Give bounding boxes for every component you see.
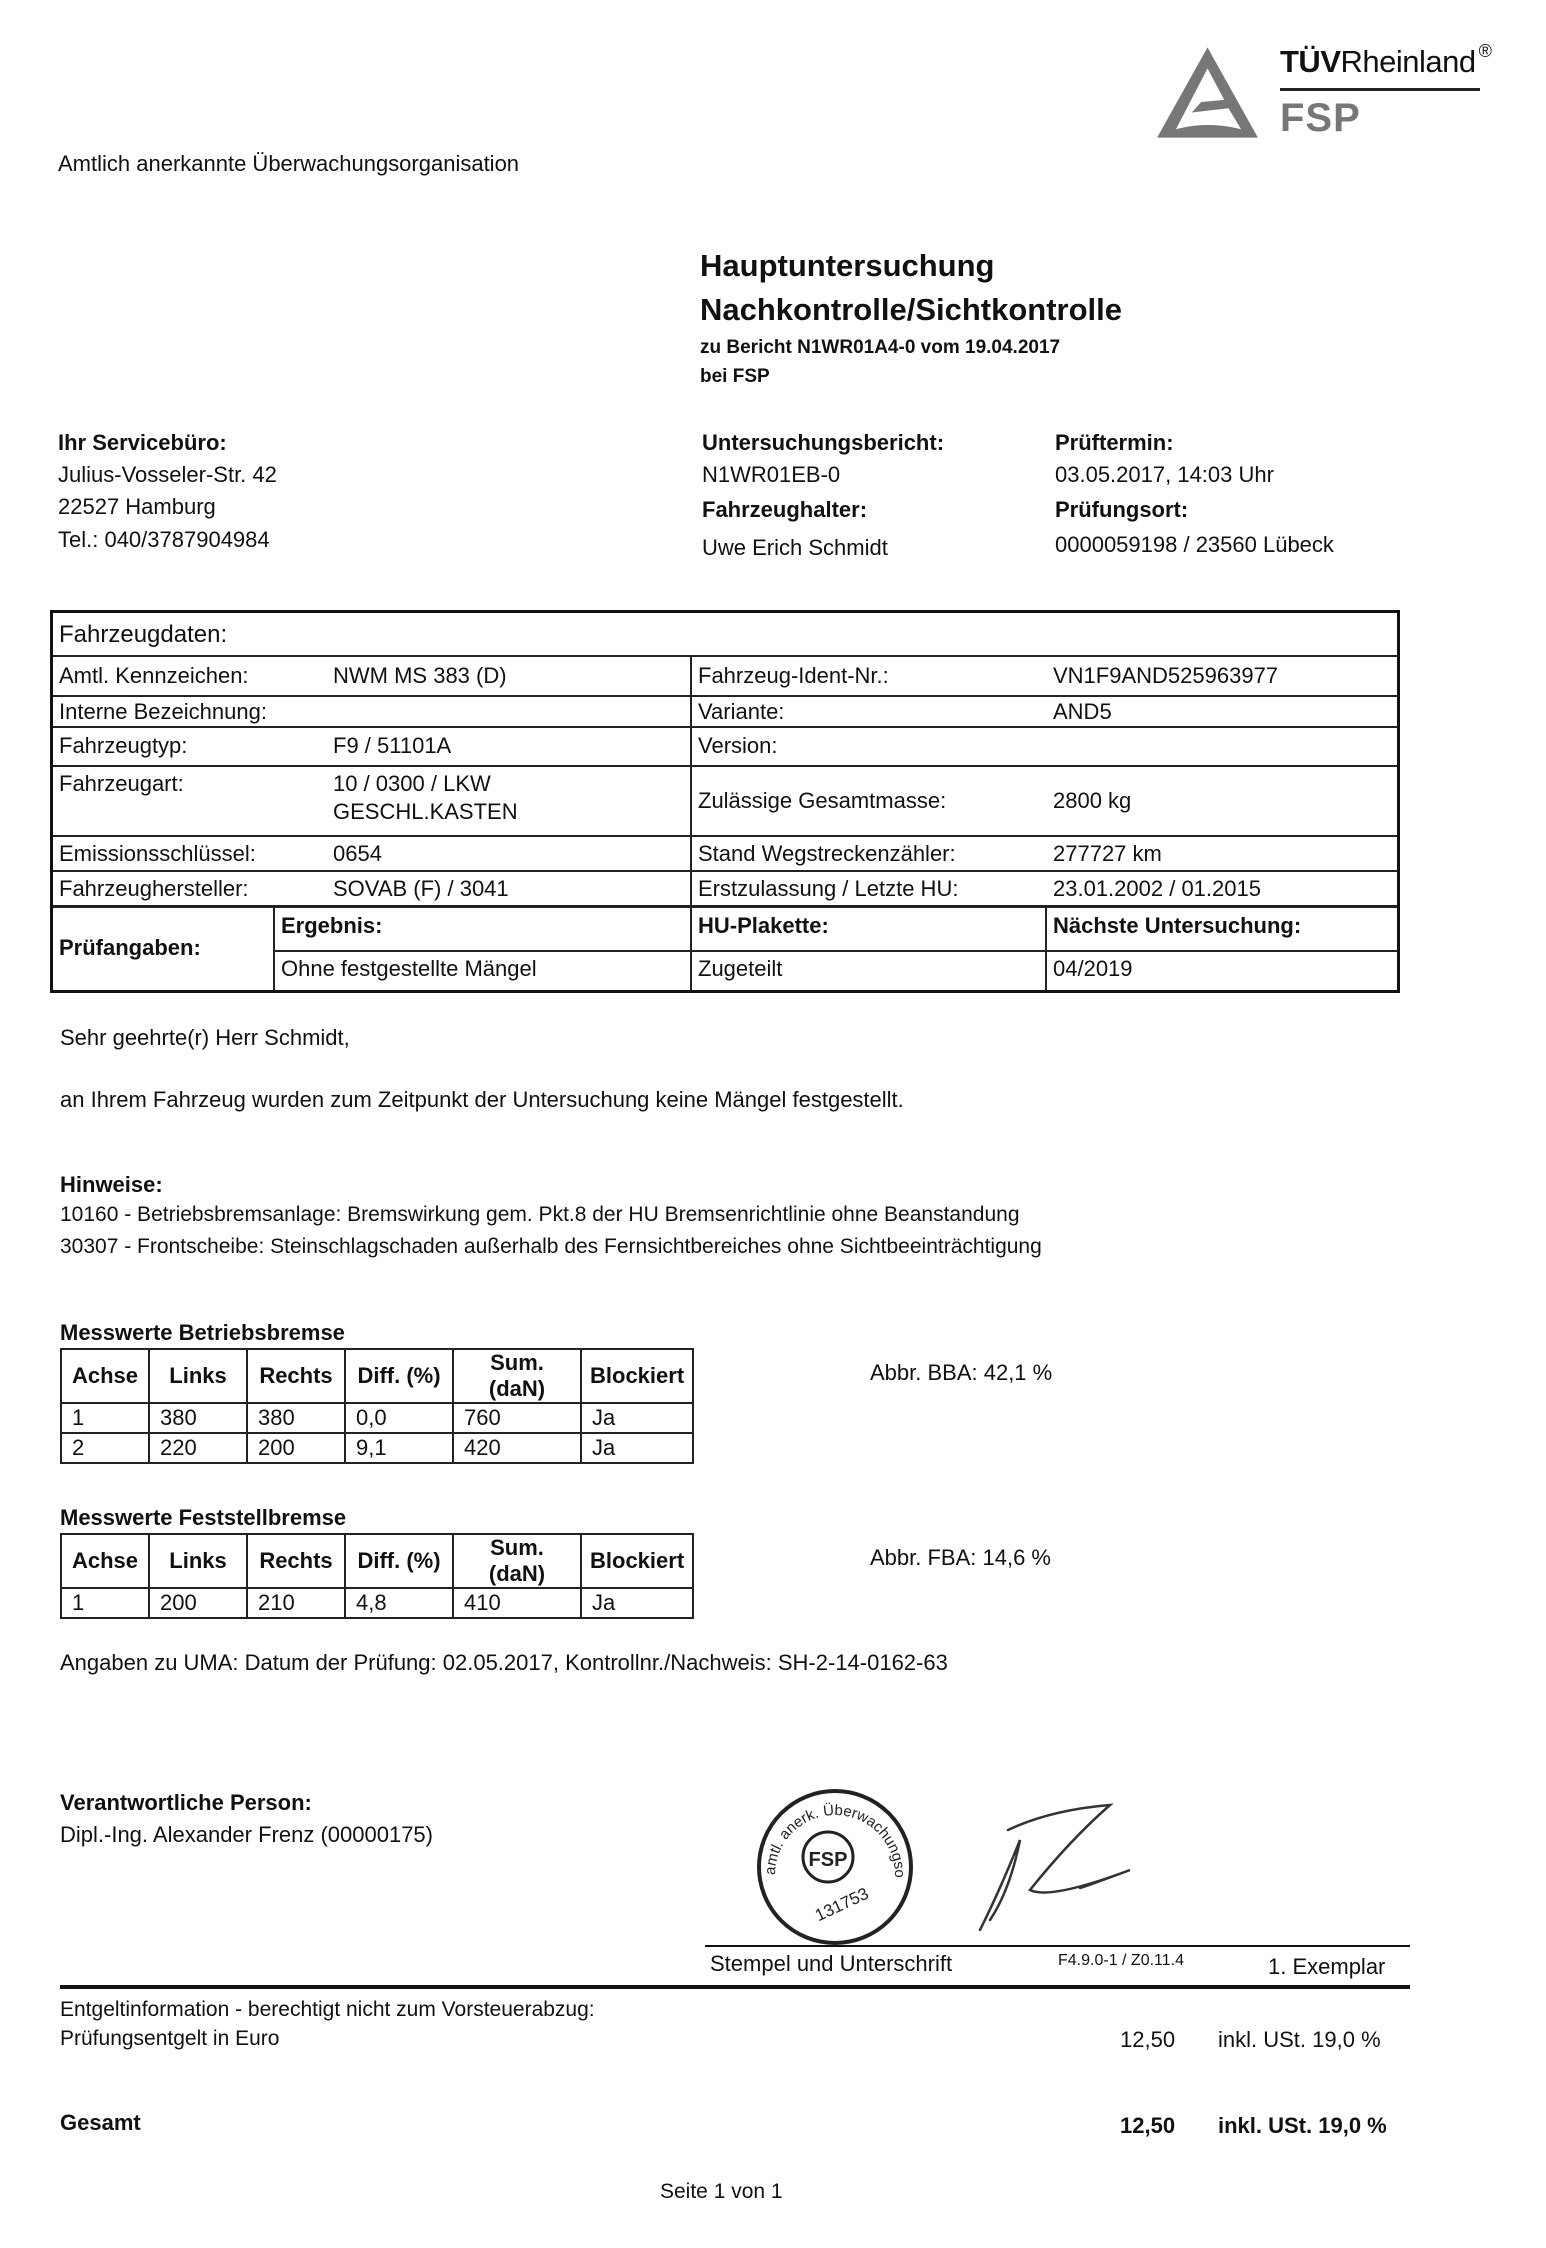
manufacturer-label: Fahrzeughersteller: — [59, 876, 249, 902]
service-office-phone: Tel.: 040/3787904984 — [58, 527, 270, 553]
parking-brake-title: Messwerte Feststellbremse — [60, 1505, 346, 1531]
letter-body: an Ihrem Fahrzeug wurden zum Zeitpunkt d… — [60, 1087, 904, 1113]
report-reference-at: bei FSP — [700, 366, 770, 388]
total-label: Gesamt — [60, 2110, 141, 2136]
note-item: 10160 - Betriebsbremsanlage: Bremswirkun… — [60, 1203, 1020, 1227]
table-row: 12002104,8410Ja — [61, 1588, 693, 1618]
notes-label: Hinweise: — [60, 1172, 163, 1198]
vehicle-holder-label: Fahrzeughalter: — [702, 497, 867, 523]
column-header: Diff. (%) — [345, 1534, 453, 1588]
table-cell: 4,8 — [345, 1588, 453, 1618]
table-cell: Ja — [581, 1588, 693, 1618]
fee-line-label: Prüfungsentgelt in Euro — [60, 2027, 279, 2051]
variant-label: Variante: — [698, 699, 784, 725]
vehicle-kind-value: 10 / 0300 / LKW — [333, 771, 491, 797]
parking-brake-table: AchseLinksRechtsDiff. (%)Sum. (daN)Block… — [60, 1533, 694, 1619]
gross-weight-label: Zulässige Gesamtmasse: — [698, 788, 946, 814]
parking-brake-deceleration: Abbr. FBA: 14,6 % — [870, 1545, 1051, 1571]
form-code: F4.9.0-1 / Z0.11.4 — [1058, 1952, 1184, 1970]
plate-value: NWM MS 383 (D) — [333, 663, 507, 689]
version-label: Version: — [698, 733, 778, 759]
service-office-label: Ihr Servicebüro: — [58, 430, 227, 456]
table-cell: 380 — [247, 1403, 345, 1433]
column-header: Diff. (%) — [345, 1349, 453, 1403]
table-cell: 2 — [61, 1433, 149, 1463]
table-cell: 760 — [453, 1403, 581, 1433]
table-cell: 210 — [247, 1588, 345, 1618]
uma-info: Angaben zu UMA: Datum der Prüfung: 02.05… — [60, 1650, 948, 1676]
document-title: Hauptuntersuchung — [700, 248, 995, 284]
inspection-place-value: 0000059198 / 23560 Lübeck — [1055, 532, 1334, 558]
total-amount: 12,50 — [1120, 2113, 1175, 2139]
table-cell: 200 — [149, 1588, 247, 1618]
vehicle-data-table: Fahrzeugdaten: Amtl. Kennzeichen: NWM MS… — [50, 610, 1400, 993]
manufacturer-value: SOVAB (F) / 3041 — [333, 876, 509, 902]
gross-weight-value: 2800 kg — [1053, 788, 1131, 814]
organisation-line: Amtlich anerkannte Überwachungsorganisat… — [58, 151, 519, 177]
report-number-label: Untersuchungsbericht: — [702, 430, 944, 456]
note-item: 30307 - Frontscheibe: Steinschlagschaden… — [60, 1235, 1042, 1259]
signature-icon — [960, 1800, 1180, 1940]
emission-key-value: 0654 — [333, 841, 382, 867]
column-header: Links — [149, 1349, 247, 1403]
fee-divider — [60, 1985, 1410, 1989]
column-header: Achse — [61, 1349, 149, 1403]
vehicle-data-title: Fahrzeugdaten: — [59, 621, 227, 649]
table-cell: 0,0 — [345, 1403, 453, 1433]
vehicle-holder-value: Uwe Erich Schmidt — [702, 535, 888, 561]
stamp-signature-caption: Stempel und Unterschrift — [710, 1951, 952, 1977]
column-header: Sum. (daN) — [453, 1534, 581, 1588]
column-header: Sum. (daN) — [453, 1349, 581, 1403]
column-header: Achse — [61, 1534, 149, 1588]
report-number-value: N1WR01EB-0 — [702, 462, 840, 488]
copy-label: 1. Exemplar — [1268, 1954, 1385, 1980]
fee-info: Entgeltinformation - berechtigt nicht zu… — [60, 1998, 595, 2022]
svg-text:FSP: FSP — [809, 1849, 848, 1871]
table-cell: 220 — [149, 1433, 247, 1463]
odometer-value: 277727 km — [1053, 841, 1162, 867]
result-value: Ohne festgestellte Mängel — [281, 956, 537, 982]
column-header: Blockiert — [581, 1349, 693, 1403]
page-number: Seite 1 von 1 — [660, 2180, 783, 2204]
logo-divider — [1280, 88, 1480, 91]
vin-label: Fahrzeug-Ident-Nr.: — [698, 663, 889, 689]
registration-last-hu-label: Erstzulassung / Letzte HU: — [698, 876, 958, 902]
vehicle-type-label: Fahrzeugtyp: — [59, 733, 187, 759]
result-label: Ergebnis: — [281, 913, 382, 939]
column-header: Rechts — [247, 1534, 345, 1588]
table-row: 22202009,1420Ja — [61, 1433, 693, 1463]
responsible-label: Verantwortliche Person: — [60, 1790, 312, 1816]
table-cell: 200 — [247, 1433, 345, 1463]
service-brake-deceleration: Abbr. BBA: 42,1 % — [870, 1360, 1052, 1386]
hu-sticker-label: HU-Plakette: — [698, 913, 829, 939]
tuv-rheinland-fsp-logo: TÜVRheinland® FSP — [1150, 40, 1530, 150]
responsible-name: Dipl.-Ing. Alexander Frenz (00000175) — [60, 1822, 433, 1848]
plate-label: Amtl. Kennzeichen: — [59, 663, 249, 689]
service-brake-title: Messwerte Betriebsbremse — [60, 1320, 345, 1346]
table-cell: 1 — [61, 1403, 149, 1433]
internal-designation-label: Interne Bezeichnung: — [59, 699, 267, 725]
service-office-city: 22527 Hamburg — [58, 494, 216, 520]
inspection-place-label: Prüfungsort: — [1055, 497, 1188, 523]
signature-line — [705, 1945, 1410, 1947]
column-header: Blockiert — [581, 1534, 693, 1588]
vehicle-type-value: F9 / 51101A — [333, 733, 451, 759]
next-inspection-value: 04/2019 — [1053, 956, 1133, 982]
svg-text:131753: 131753 — [812, 1884, 871, 1925]
table-cell: 420 — [453, 1433, 581, 1463]
odometer-label: Stand Wegstreckenzähler: — [698, 841, 956, 867]
fee-line-tax: inkl. USt. 19,0 % — [1218, 2027, 1381, 2053]
inspection-date-value: 03.05.2017, 14:03 Uhr — [1055, 462, 1274, 488]
vin-value: VN1F9AND525963977 — [1053, 663, 1278, 689]
fee-line-amount: 12,50 — [1120, 2027, 1175, 2053]
test-details-label: Prüfangaben: — [59, 935, 201, 961]
emission-key-label: Emissionsschlüssel: — [59, 841, 256, 867]
service-brake-table: AchseLinksRechtsDiff. (%)Sum. (daN)Block… — [60, 1348, 694, 1464]
salutation: Sehr geehrte(r) Herr Schmidt, — [60, 1025, 350, 1051]
logo-brand: TÜVRheinland® — [1280, 44, 1491, 80]
table-cell: 1 — [61, 1588, 149, 1618]
document-subtitle: Nachkontrolle/Sichtkontrolle — [700, 292, 1122, 328]
column-header: Links — [149, 1534, 247, 1588]
table-cell: 380 — [149, 1403, 247, 1433]
inspection-date-label: Prüftermin: — [1055, 430, 1174, 456]
logo-fsp: FSP — [1280, 96, 1361, 141]
table-row: 13803800,0760Ja — [61, 1403, 693, 1433]
service-office-street: Julius-Vosseler-Str. 42 — [58, 462, 277, 488]
table-cell: 9,1 — [345, 1433, 453, 1463]
report-reference: zu Bericht N1WR01A4-0 vom 19.04.2017 — [700, 337, 1060, 359]
official-stamp-icon: FSP amtl. anerk. Überwachungsorganisatio… — [750, 1785, 920, 1950]
table-cell: 410 — [453, 1588, 581, 1618]
vehicle-kind-label: Fahrzeugart: — [59, 771, 184, 797]
table-cell: Ja — [581, 1433, 693, 1463]
next-inspection-label: Nächste Untersuchung: — [1053, 913, 1301, 939]
column-header: Rechts — [247, 1349, 345, 1403]
total-tax: inkl. USt. 19,0 % — [1218, 2113, 1387, 2139]
vehicle-kind-value-2: GESCHL.KASTEN — [333, 799, 518, 825]
table-cell: Ja — [581, 1403, 693, 1433]
hu-sticker-value: Zugeteilt — [698, 956, 782, 982]
tuv-triangle-logo-icon — [1155, 45, 1260, 140]
variant-value: AND5 — [1053, 699, 1112, 725]
registration-last-hu-value: 23.01.2002 / 01.2015 — [1053, 876, 1261, 902]
